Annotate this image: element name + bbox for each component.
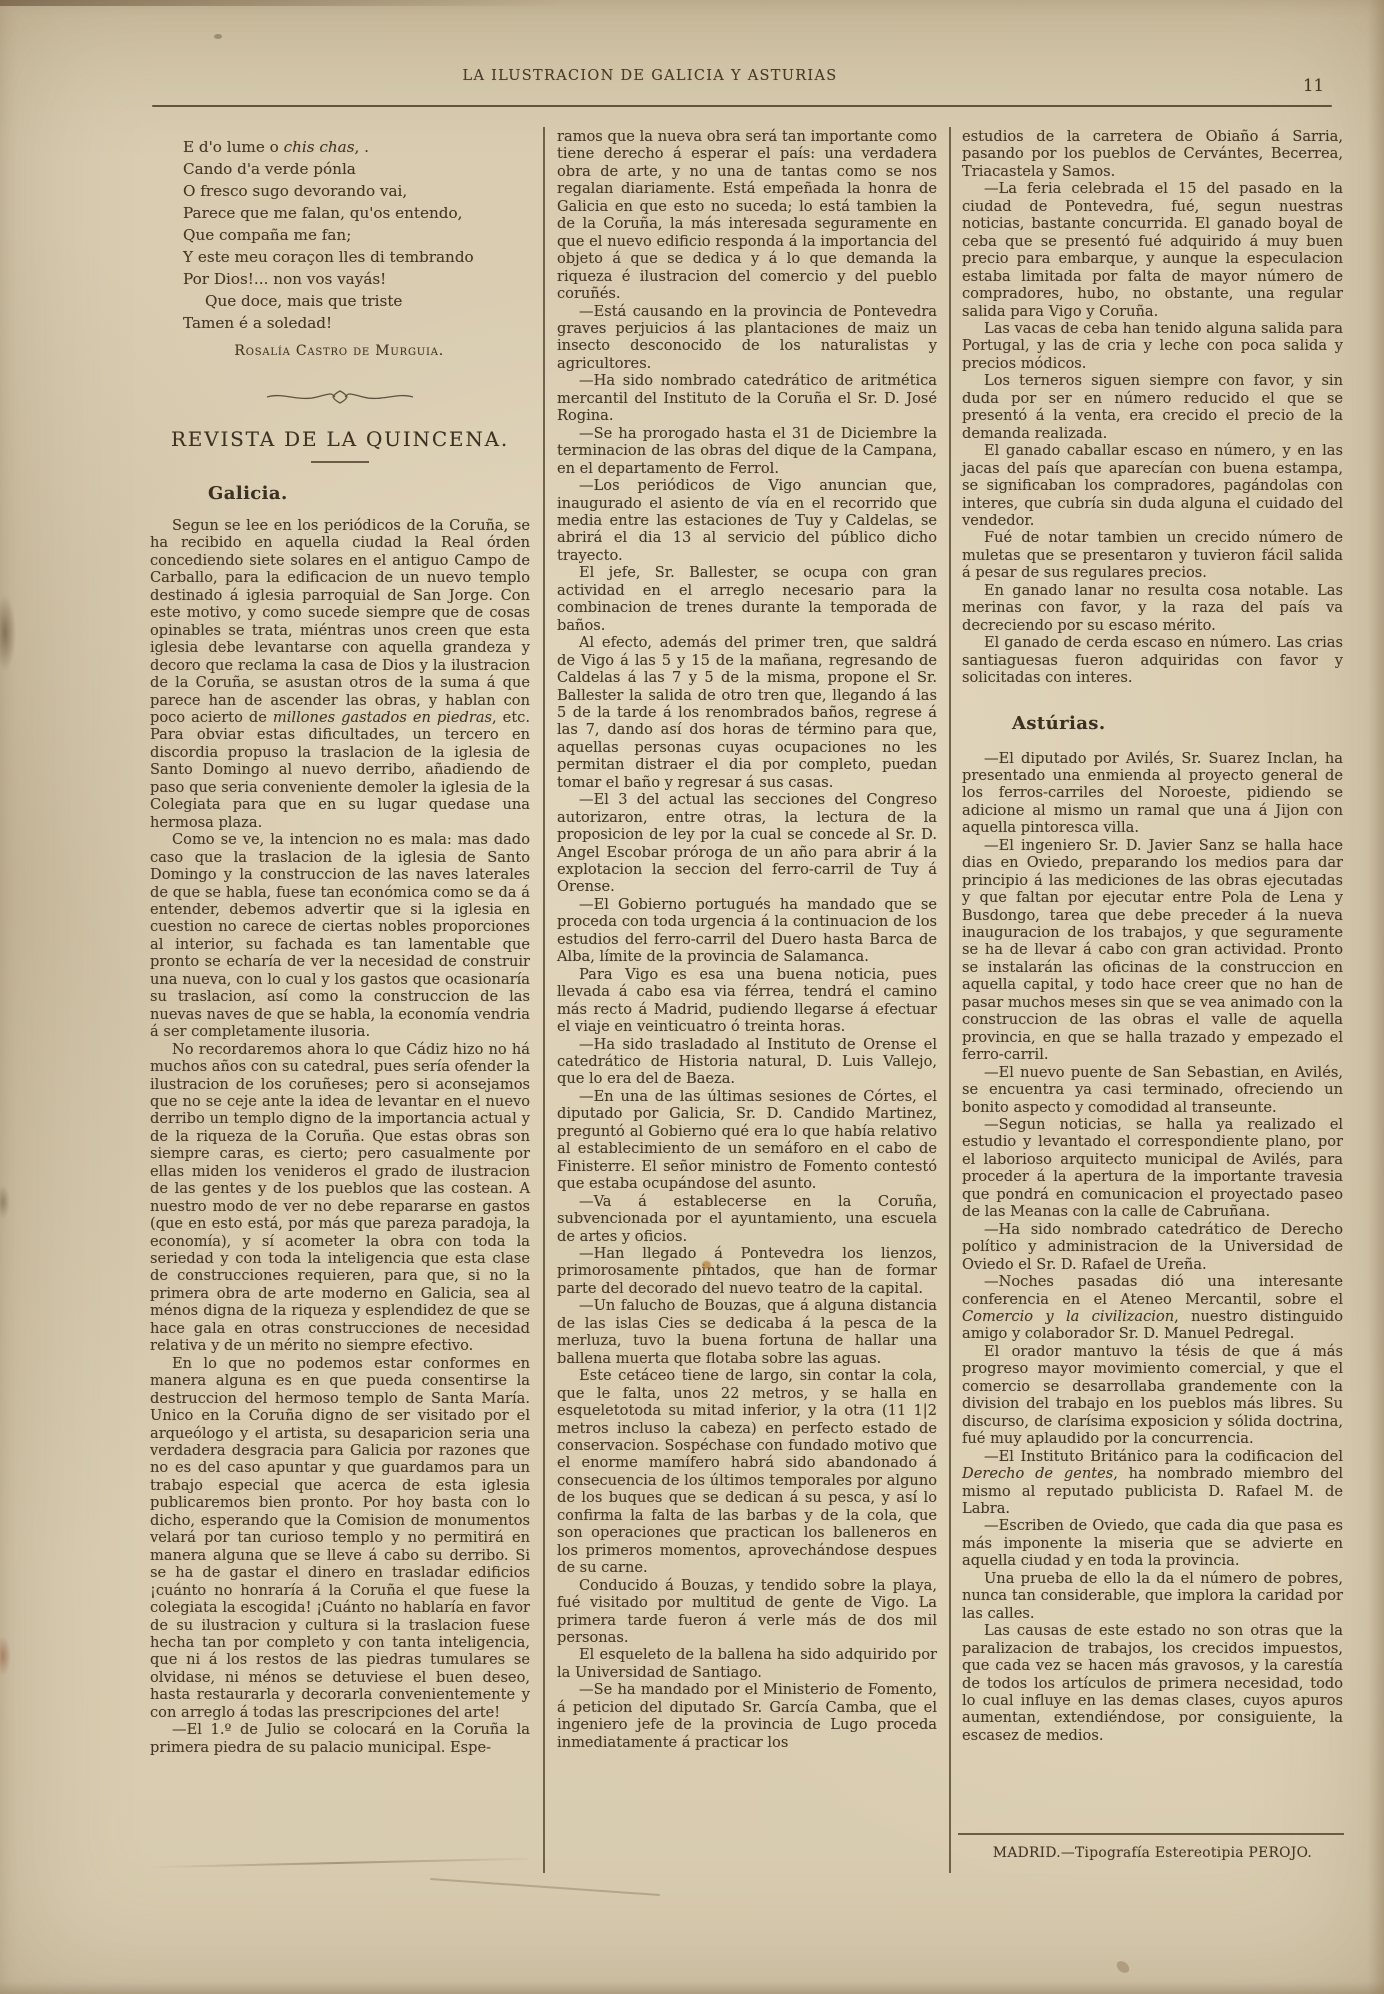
section-divider-ornament	[265, 389, 415, 405]
paragraph: Los terneros siguen siempre con favor, y…	[962, 372, 1343, 442]
paragraph: —Los periódicos de Vigo anuncian que, in…	[557, 477, 937, 564]
column-rule-2	[949, 127, 951, 1873]
paper-crease	[430, 1878, 660, 1896]
paragraph: ramos que la nueva obra será tan importa…	[557, 128, 937, 303]
paragraph: —El nuevo puente de San Sebastian, en Av…	[962, 1064, 1343, 1116]
paragraph: Segun se lee en los periódicos de la Cor…	[150, 517, 530, 831]
paragraph: —Ha sido nombrado catedrático de aritmét…	[557, 372, 937, 424]
paragraph: En ganado lanar no resulta cosa notable.…	[962, 582, 1343, 634]
column-2: ramos que la nueva obra será tan importa…	[557, 128, 937, 1751]
paragraph: —El Instituto Británico para la codifica…	[962, 1448, 1343, 1518]
paragraph: El ganado de cerda escaso en número. Las…	[962, 634, 1343, 686]
paragraph: Conducido á Bouzas, y tendido sobre la p…	[557, 1577, 937, 1647]
poem: E d'o lume o chis chas, .Cando d'a verde…	[183, 136, 530, 334]
paragraph: El orador mantuvo la tésis de que á más …	[962, 1343, 1343, 1448]
poem-line: O fresco sugo devorando vai,	[183, 180, 530, 202]
paragraph: —Escriben de Oviedo, que cada dia que pa…	[962, 1517, 1343, 1569]
footer-rule	[958, 1833, 1344, 1835]
column-1: E d'o lume o chis chas, .Cando d'a verde…	[150, 130, 530, 1756]
poem-line: Que doce, mais que triste	[205, 290, 530, 312]
poem-line: Que compaña me fan;	[183, 224, 530, 246]
paragraph: —El ingeniero Sr. D. Javier Sanz se hall…	[962, 837, 1343, 1064]
paragraph: —Se ha prorogado hasta el 31 de Diciembr…	[557, 425, 937, 477]
paragraph: Como se ve, la intencion no es mala: mas…	[150, 831, 530, 1040]
section-title-rule	[311, 461, 369, 463]
subsection-heading-galicia: Galicia.	[208, 483, 530, 504]
paper-stain-left	[0, 1636, 11, 1676]
paragraph: —En una de las últimas sesiones de Córte…	[557, 1088, 937, 1193]
paragraph: —Segun noticias, se halla ya realizado e…	[962, 1116, 1343, 1221]
paragraph: estudios de la carretera de Obiaño á Sar…	[962, 128, 1343, 180]
paragraph: —El diputado por Avilés, Sr. Suarez Incl…	[962, 750, 1343, 837]
paragraph: —Está causando en la provincia de Pontev…	[557, 303, 937, 373]
galicia-text-col2: ramos que la nueva obra será tan importa…	[557, 128, 937, 1751]
paragraph: —Noches pasadas dió una interesante conf…	[962, 1273, 1343, 1343]
paper-crease	[148, 1858, 528, 1869]
poem-line: E d'o lume o chis chas, .	[183, 136, 530, 158]
paragraph: Las vacas de ceba han tenido alguna sali…	[962, 320, 1343, 372]
paper-stain-left	[0, 1185, 10, 1219]
paragraph: El jefe, Sr. Ballester, se ocupa con gra…	[557, 564, 937, 634]
paragraph: —Ha sido nombrado catedrático de Derecho…	[962, 1221, 1343, 1273]
header-title: LA ILUSTRACION DE GALICIA Y ASTURIAS	[463, 68, 838, 84]
subsection-heading-asturias: Astúrias.	[1012, 713, 1343, 734]
paragraph: —El 1.º de Julio se colocará en la Coruñ…	[150, 1721, 530, 1756]
paragraph: Para Vigo es esa una buena noticia, pues…	[557, 966, 937, 1036]
paragraph: —Un falucho de Bouzas, que á alguna dist…	[557, 1297, 937, 1367]
paragraph: El ganado caballar escaso en número, y e…	[962, 442, 1343, 529]
paragraph: No recordaremos ahora lo que Cádiz hizo …	[150, 1041, 530, 1355]
paragraph: En lo que no podemos estar conformes en …	[150, 1355, 530, 1722]
poem-line: Por Dios!... non vos vayás!	[183, 268, 530, 290]
paragraph: Las causas de este estado no son otras q…	[962, 1622, 1343, 1744]
paragraph: —El Gobierno portugués ha mandado que se…	[557, 896, 937, 966]
newspaper-page: LA ILUSTRACION DE GALICIA Y ASTURIAS 11 …	[0, 0, 1384, 1994]
paper-stain-left	[0, 594, 16, 672]
footer-imprint: MADRID.—Tipografía Estereotipia PEROJO.	[962, 1845, 1343, 1861]
column-3: estudios de la carretera de Obiaño á Sar…	[962, 128, 1343, 1744]
paragraph: El esqueleto de la ballena ha sido adqui…	[557, 1646, 937, 1681]
paragraph: —El 3 del actual las secciones del Congr…	[557, 791, 937, 896]
header-rule	[152, 105, 1332, 107]
paragraph: Fué de notar tambien un crecido número d…	[962, 529, 1343, 581]
poem-line: Y este meu coraçon lles di tembrando	[183, 246, 530, 268]
paper-stain-top-edge	[0, 0, 560, 6]
paragraph: —La feria celebrada el 15 del pasado en …	[962, 180, 1343, 320]
paper-stain-bottom-right	[1114, 1959, 1131, 1976]
paragraph: Al efecto, además del primer tren, que s…	[557, 634, 937, 791]
paragraph: Este cetáceo tiene de largo, sin contar …	[557, 1367, 937, 1576]
paragraph: —Ha sido trasladado al Instituto de Oren…	[557, 1036, 937, 1088]
paragraph: —Han llegado á Pontevedra los lienzos, p…	[557, 1245, 937, 1297]
paper-edge-shadow-bottom	[0, 1982, 1384, 1994]
asturias-text-col3: —El diputado por Avilés, Sr. Suarez Incl…	[962, 750, 1343, 1745]
paper-speck	[214, 34, 222, 39]
section-title: REVISTA DE LA QUINCENA.	[150, 427, 530, 451]
column-rule-1	[543, 127, 545, 1873]
poem-line: Tamen é a soledad!	[183, 312, 530, 334]
poem-signature: Rosalía Castro de Murguia.	[150, 343, 530, 359]
paragraph: Una prueba de ello la da el número de po…	[962, 1570, 1343, 1622]
paragraph: —Va á establecerse en la Coruña, subvenc…	[557, 1193, 937, 1245]
galicia-text-col1: Segun se lee en los periódicos de la Cor…	[150, 517, 530, 1756]
page-number: 11	[1303, 76, 1324, 95]
paragraph: —Se ha mandado por el Ministerio de Fome…	[557, 1681, 937, 1751]
galicia-text-col3: estudios de la carretera de Obiaño á Sar…	[962, 128, 1343, 687]
poem-line: Cando d'a verde pónla	[183, 158, 530, 180]
poem-line: Parece que me falan, qu'os entendo,	[183, 202, 530, 224]
paper-edge-shadow-right	[1368, 0, 1384, 1994]
